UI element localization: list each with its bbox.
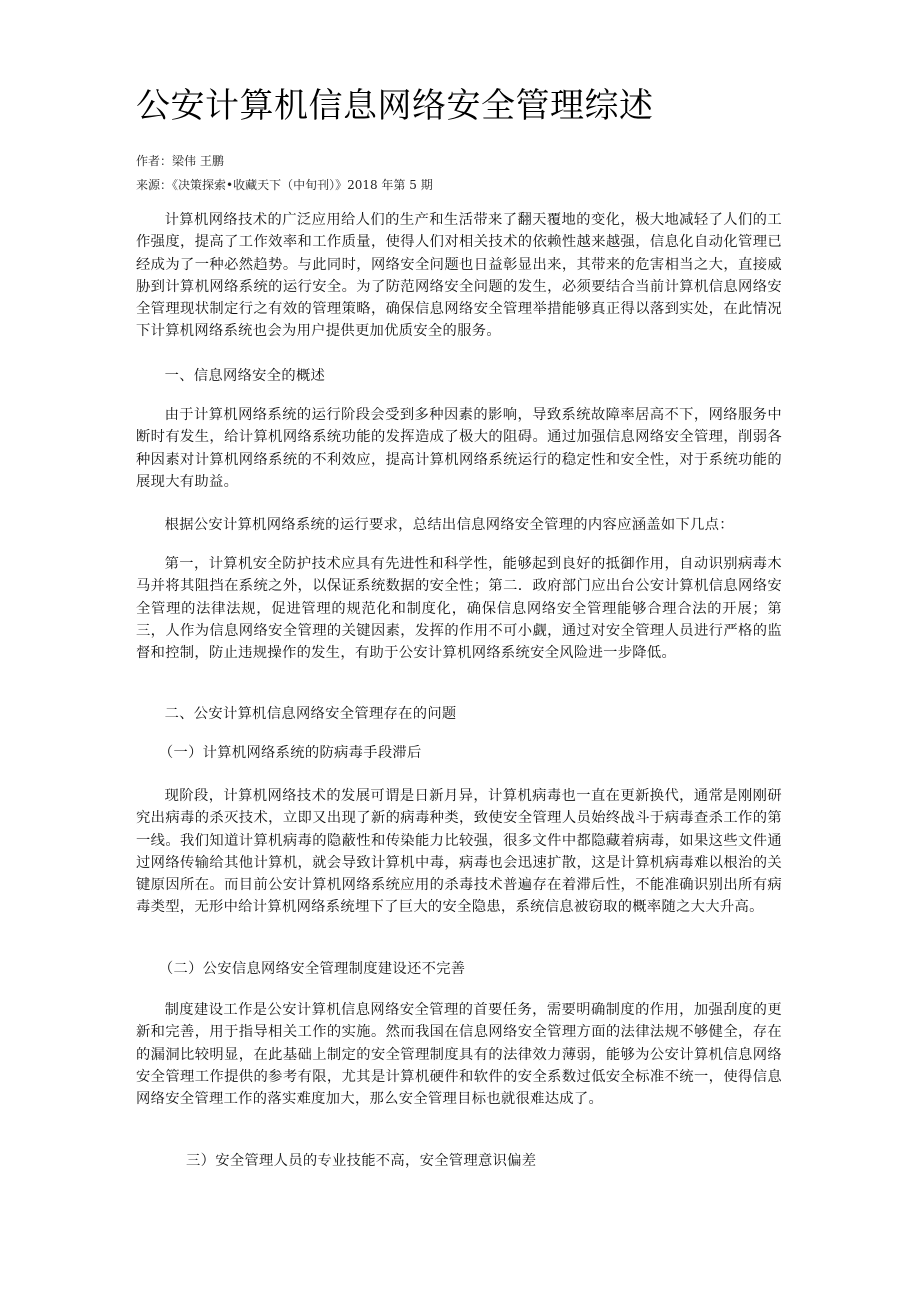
section-heading-2: 二、公安计算机信息网络安全管理存在的问题: [136, 703, 782, 725]
subsection-heading-2-3: 三）安全管理人员的专业技能不高，安全管理意识偏差: [136, 1150, 782, 1172]
paragraph-5: 制度建设工作是公安计算机信息网络安全管理的首要任务，需要明确制度的作用，加强刮度…: [136, 999, 782, 1110]
subsection-heading-2-2: （二）公安信息网络安全管理制度建设还不完善: [136, 958, 782, 980]
intro-paragraph: 计算机网络技术的广泛应用给人们的生产和生活带来了翻天覆地的变化，极大地减轻了人们…: [136, 209, 782, 343]
paragraph-3: 第一，计算机安全防护技术应具有先进性和科学性，能够起到良好的抵御作用，自动识别病…: [136, 553, 782, 664]
subsection-heading-2-1: （一）计算机网络系统的防病毒手段滞后: [136, 742, 782, 764]
author-line: 作者：梁伟 王鹏: [136, 153, 224, 169]
section-heading-1: 一、信息网络安全的概述: [136, 365, 782, 387]
paragraph-4: 现阶段，计算机网络技术的发展可谓是日新月异，计算机病毒也一直在更新换代，通常是刚…: [136, 785, 782, 919]
paragraph-1: 由于计算机网络系统的运行阶段会受到多种因素的影响，导致系统故障率居高不下，网络服…: [136, 404, 782, 493]
source-line: 来源：《决策探索•收藏天下（中旬刊）》2018 年第 5 期: [136, 177, 433, 193]
document-title: 公安计算机信息网络安全管理综述: [136, 84, 654, 128]
paragraph-2: 根据公安计算机网络系统的运行要求，总结出信息网络安全管理的内容应涵盖如下几点：: [136, 514, 782, 536]
